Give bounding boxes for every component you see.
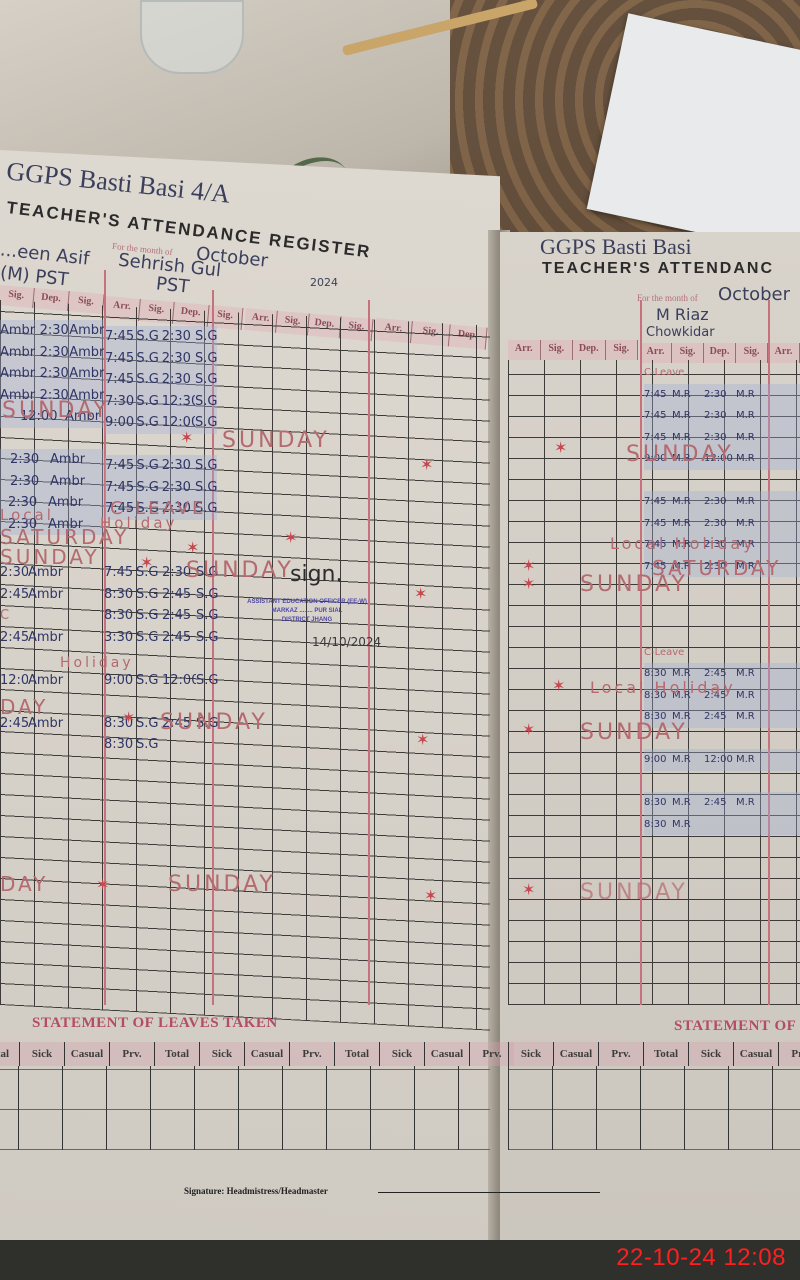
- star-mark-icon: ✶: [522, 574, 535, 594]
- star-mark-icon: ✶: [180, 428, 193, 448]
- right-note-sunday: SUNDAY: [580, 720, 688, 745]
- right-month-label: For the month of: [637, 293, 698, 303]
- leaves-table-body-left: [0, 1066, 490, 1150]
- leaves-statement-title-right: STATEMENT OF: [674, 1018, 796, 1035]
- teacher-1-entries: Ambr2:30Ambr Ambr2:30Ambr Ambr2:30Ambr A…: [0, 320, 104, 535]
- right-teacher-name: M Riaz: [656, 305, 709, 324]
- star-mark-icon: ✶: [552, 676, 565, 696]
- note-local: Local: [0, 506, 54, 524]
- star-mark-icon: ✶: [414, 584, 427, 604]
- star-mark-icon: ✶: [424, 886, 437, 906]
- note-sunday: SUNDAY: [2, 398, 110, 423]
- star-mark-icon: ✶: [140, 553, 153, 573]
- official-stamp: ASSISTANT EDUCATION OFFICER (EE-W) MARKA…: [232, 598, 382, 625]
- camera-timestamp: 22-10-24 12:08: [616, 1244, 786, 1272]
- star-mark-icon: ✶: [554, 438, 567, 458]
- star-mark-icon: ✶: [522, 720, 535, 740]
- right-teacher-designation: Chowkidar: [646, 325, 715, 340]
- teacher-2-designation: PST: [155, 273, 190, 297]
- column-divider: [368, 300, 370, 1005]
- star-mark-icon: ✶: [122, 708, 135, 728]
- note-sunday: SUNDAY: [160, 710, 268, 735]
- star-mark-icon: ✶: [416, 730, 429, 750]
- right-note-sunday: SUNDAY: [580, 880, 688, 905]
- note-holiday: Holiday: [60, 655, 134, 671]
- right-month-value: October: [718, 284, 790, 305]
- right-note-sunday: SUNDAY: [626, 442, 734, 467]
- leaves-header-right: Sick Casual Prv. Total Sick Casual Prv.: [508, 1042, 800, 1066]
- note-day: DAY: [0, 695, 48, 719]
- star-mark-icon: ✶: [522, 556, 535, 576]
- right-school-name-handwritten: GGPS Basti Basi: [540, 234, 692, 260]
- note-sunday: SUNDAY: [222, 428, 330, 453]
- right-register-title: TEACHER'S ATTENDANC: [542, 260, 774, 278]
- right-note-local-holiday: Local Holiday: [610, 534, 756, 553]
- right-empty-column-headers: Arr. Sig. Dep. Sig.: [508, 340, 638, 360]
- note-sunday: SUNDAY: [186, 558, 294, 583]
- note-sunday: SUNDAY: [168, 872, 276, 897]
- leaves-table-body-right: [508, 1066, 800, 1150]
- star-mark-icon: ✶: [96, 875, 109, 895]
- signature-line: [378, 1192, 600, 1193]
- star-mark-icon: ✶: [186, 538, 199, 558]
- note-day: DAY: [0, 872, 48, 896]
- year-value: 2024: [310, 276, 338, 289]
- leaves-header-left: Total Sick Casual Prv. Total Sick Casual…: [0, 1042, 514, 1066]
- stamp-date: 14/10/2024: [312, 635, 381, 649]
- star-mark-icon: ✶: [284, 528, 297, 548]
- teacher-2-entries: 7:45S.G2:30S.G 7:45S.G2:30S.G 7:45S.G2:3…: [105, 326, 217, 520]
- star-mark-icon: ✶: [522, 880, 535, 900]
- right-note-sunday: SUNDAY: [580, 572, 688, 597]
- right-teacher-entries: C-Leave 7:45M.R2:30M.R 7:45M.R2:30M.R 7:…: [644, 362, 800, 835]
- right-note-local-holiday: Local Holiday: [590, 678, 736, 697]
- signature-label: Signature: Headmistress/Headmaster: [184, 1186, 328, 1196]
- officer-signature: sign.: [290, 562, 342, 587]
- glass-object: [140, 0, 244, 74]
- leaves-statement-title: STATEMENT OF LEAVES TAKEN: [32, 1015, 278, 1032]
- note-sunday: SUNDAY: [0, 545, 100, 569]
- star-mark-icon: ✶: [420, 455, 433, 475]
